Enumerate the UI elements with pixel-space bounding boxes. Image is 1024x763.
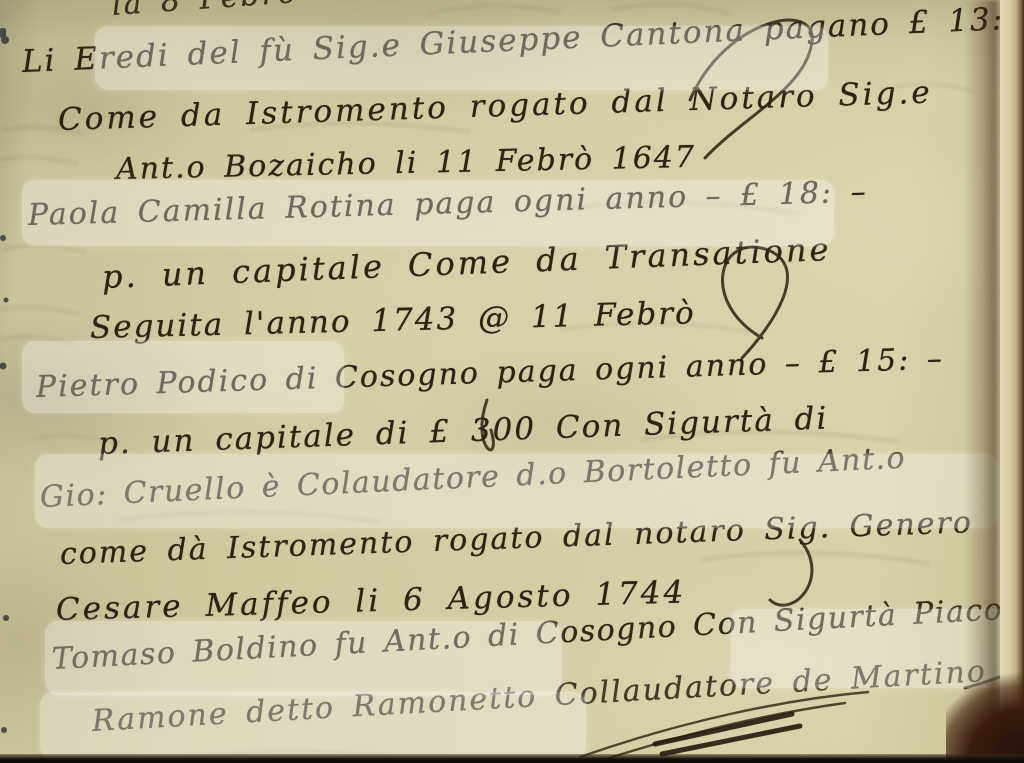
page-crease [964, 0, 1002, 763]
highlight-region [22, 341, 344, 413]
manuscript-page: la 8 Febrò Li Eredi del fù Sig.e Giusepp… [0, 0, 1024, 763]
highlight-region [35, 454, 998, 528]
scan-bottom-edge [0, 754, 1024, 763]
highlight-region [22, 180, 834, 246]
highlight-region [95, 26, 828, 90]
highlight-region [45, 621, 561, 695]
page-edge [1000, 0, 1024, 763]
highlight-region [40, 692, 586, 759]
book-cover-corner [946, 663, 1024, 759]
